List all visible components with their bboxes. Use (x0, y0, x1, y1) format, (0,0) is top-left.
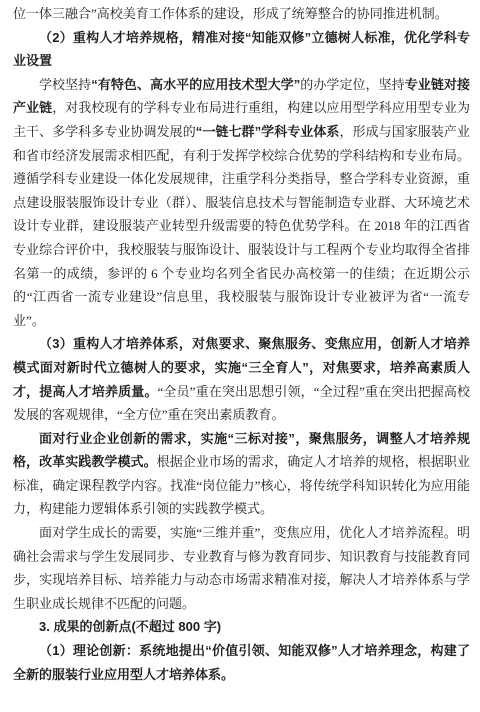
paragraph: 面对学生成长的需要，实施“三维并重”，变焦应用，优化人才培养流程。明确社会需求与… (13, 521, 470, 615)
bold-text-run: “有特色、高水平的应用技术型大学” (91, 77, 300, 92)
text-run: 的办学定位，坚持 (300, 77, 405, 92)
paragraph: （1）理论创新：系统地提出“价值引领、知能双修”人才培养理念，构建了全新的服装行… (13, 639, 470, 686)
text-run: ，形成与国家服装产业和省市经济发展需求相匹配，有利于发挥学校综合优势的学科结构和… (13, 124, 470, 328)
paragraph: 面对行业企业创新的需求，实施“三标对接”，聚焦服务，调整人才培养规格，改革实践教… (13, 427, 470, 521)
document-page: 位一体三融合”高校美育工作体系的建设，形成了统筹整合的协同推进机制。（2）重构人… (0, 0, 480, 712)
text-run: 位一体三融合”高校美育工作体系的建设，形成了统筹整合的协同推进机制。 (13, 6, 448, 21)
paragraph: 位一体三融合”高校美育工作体系的建设，形成了统筹整合的协同推进机制。 (13, 2, 470, 26)
bold-text-run: 3. 成果的创新点(不超过 800 字) (39, 619, 221, 634)
paragraph: （3）重构人才培养体系，对焦要求、聚焦服务、变焦应用，创新人才培养模式面对新时代… (13, 332, 470, 426)
paragraph: 3. 成果的创新点(不超过 800 字) (13, 615, 470, 639)
bold-text-run: （2）重构人才培养规格，精准对接“知能双修”立德树人标准，优化学科专业设置 (13, 30, 470, 69)
paragraph: （2）重构人才培养规格，精准对接“知能双修”立德树人标准，优化学科专业设置 (13, 26, 470, 73)
document-content: 位一体三融合”高校美育工作体系的建设，形成了统筹整合的协同推进机制。（2）重构人… (13, 2, 470, 686)
paragraph: 学校坚持“有特色、高水平的应用技术型大学”的办学定位，坚持专业链对接产业链，对我… (13, 73, 470, 333)
text-run: 面对学生成长的需要，实施“三维并重”，变焦应用，优化人才培养流程。明确社会需求与… (13, 525, 470, 611)
bold-text-run: （1）理论创新：系统地提出“价值引领、知能双修”人才培养理念，构建了全新的服装行… (13, 643, 470, 682)
text-run: 学校坚持 (39, 77, 91, 92)
bold-text-run: “一链七群”学科专业体系 (196, 124, 340, 139)
